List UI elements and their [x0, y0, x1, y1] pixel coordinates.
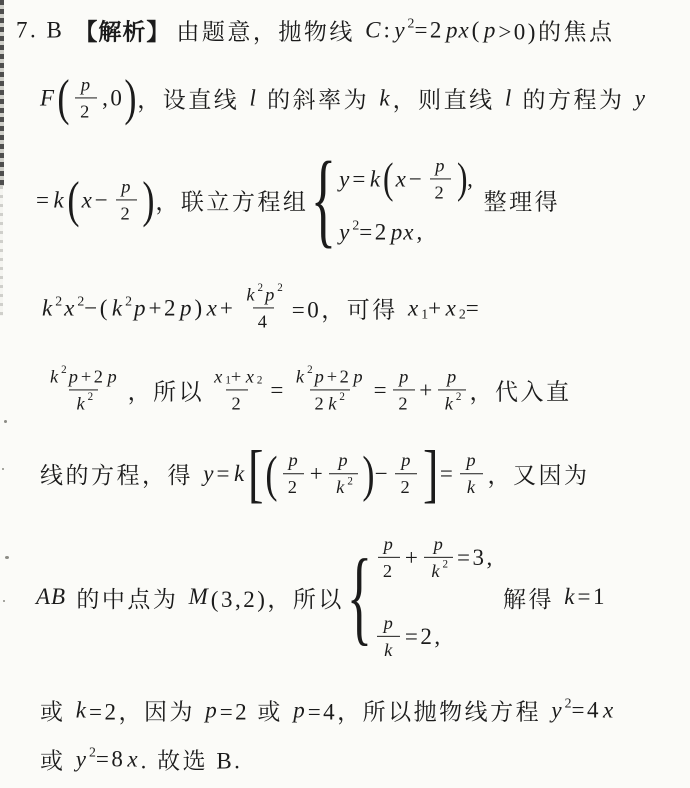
math-variable: k — [465, 476, 478, 498]
math-text: 的方程为 — [514, 82, 633, 115]
math-text: . 故选 B. — [141, 743, 243, 776]
fraction: k2p24 — [239, 283, 287, 332]
big-delimiter: ] — [423, 448, 438, 500]
math-variable: p — [433, 154, 447, 176]
denominator: 2 — [75, 98, 97, 123]
math-variable: y — [337, 166, 352, 192]
math-text: = — [352, 166, 367, 192]
math-text: ，所以 — [128, 374, 205, 407]
math-variable: k — [294, 365, 307, 387]
cases-rows: y=k(x−p2),y2=2px, — [337, 154, 475, 245]
math-variable: x — [205, 295, 220, 321]
math-variable: AB — [34, 584, 68, 610]
math-variable: k — [74, 697, 89, 723]
numerator: p — [331, 449, 355, 473]
numerator: p — [281, 449, 305, 473]
superscript: 2 — [61, 364, 67, 377]
denominator: 2k2 — [310, 390, 350, 415]
big-delimiter: ) — [125, 78, 137, 118]
scan-edge-artifact — [0, 0, 4, 186]
numerator: x1+x2 — [207, 365, 267, 389]
solution-line-5: k2p+2pk2，所以x1+x22=k2p+2p2k2=p2+pk2，代入直 — [40, 365, 571, 414]
numerator: p — [394, 449, 418, 473]
cases-row: y=k(x−p2), — [337, 154, 475, 203]
fraction: p2 — [392, 365, 416, 414]
fraction: p2 — [114, 175, 138, 224]
math-variable: p — [382, 533, 396, 555]
math-text: 2 — [383, 560, 395, 582]
math-text: −( — [84, 295, 110, 321]
big-delimiter: ) — [457, 162, 467, 197]
math-variable: k — [429, 560, 442, 582]
solution-line-9: 或 y2=8x. 故选 B. — [40, 743, 242, 776]
solution-line-4: k2x2−(k2p+2p)x+k2p24=0，可得 x1+x2= — [40, 283, 481, 332]
equation-system: {p2+pk2=3,pk=2, — [350, 533, 495, 661]
math-variable: k — [232, 461, 247, 487]
math-text: >0)的焦点 — [498, 14, 614, 47]
math-variable: k — [48, 365, 61, 387]
solution-line-6: 线的方程，得 y=k[(p2+pk2)−p2]=pk，又因为 — [40, 448, 590, 500]
numerator: p — [459, 449, 483, 473]
math-text: =4，所以抛物线方程 — [308, 694, 550, 727]
math-text: 2 — [288, 476, 300, 498]
math-text: + — [310, 461, 325, 487]
fraction: p2 — [74, 73, 98, 122]
math-variable: p — [397, 365, 411, 387]
cases-row: p2+pk2=3, — [373, 533, 495, 582]
denominator: 2 — [116, 200, 138, 225]
denominator: 2 — [430, 179, 452, 204]
analysis-label: 【解析】 — [74, 14, 170, 47]
scanned-solution-page: 7. B【解析】由题意，抛物线 C:y2=2px(p>0)的焦点 F(p2,0)… — [0, 0, 690, 788]
math-text: , — [467, 166, 475, 192]
math-text: 整理得 — [475, 184, 560, 217]
denominator: 4 — [253, 308, 275, 333]
math-text: 的中点为 — [68, 581, 187, 614]
numerator: k2p+2p — [43, 365, 125, 389]
math-variable: y — [74, 746, 89, 772]
math-text: 2 — [121, 203, 133, 225]
math-variable: p — [432, 533, 446, 555]
math-variable: p — [286, 449, 300, 471]
math-variable: p — [119, 175, 133, 197]
math-text: ，联立方程组 — [155, 184, 308, 217]
math-variable: x — [394, 166, 409, 192]
solution-line-2: F(p2,0)，设直线 l 的斜率为 k，则直线 l 的方程为 y — [38, 73, 648, 122]
math-text: =2，因为 — [89, 694, 203, 727]
superscript: 2 — [55, 293, 62, 309]
solution-line-1: 7. B【解析】由题意，抛物线 C:y2=2px(p>0)的焦点 — [16, 14, 614, 47]
fraction: k2p+2pk2 — [43, 365, 125, 414]
math-text: − — [409, 166, 424, 192]
math-text: 由题意，抛物线 — [176, 14, 363, 47]
solution-line-3: =k(x−p2)，联立方程组{y=k(x−p2),y2=2px, 整理得 — [36, 154, 560, 245]
math-text: = — [466, 295, 481, 321]
denominator: k2 — [329, 473, 358, 498]
scan-edge-artifact-faint — [0, 186, 3, 316]
superscript: 2 — [88, 391, 94, 404]
big-delimiter: ( — [265, 454, 277, 494]
math-text: ( — [472, 17, 482, 43]
superscript: 2 — [408, 15, 415, 31]
math-text: =2 — [414, 17, 443, 43]
math-variable: k — [377, 85, 392, 111]
math-text: 的斜率为 — [259, 82, 378, 115]
fraction: p2 — [377, 533, 401, 582]
superscript: 2 — [352, 218, 359, 234]
math-text: +2 — [327, 365, 352, 387]
math-variable: p — [263, 283, 277, 305]
subscript: 2 — [459, 306, 466, 322]
math-text: = — [374, 377, 389, 403]
math-text: : — [383, 17, 392, 43]
superscript: 2 — [307, 364, 313, 377]
math-variable: C — [363, 17, 383, 43]
math-variable: x — [244, 365, 257, 387]
math-variable: y — [201, 461, 216, 487]
math-text: 解得 — [495, 581, 563, 614]
math-variable: p — [382, 612, 396, 634]
denominator: 2 — [226, 390, 248, 415]
math-text: ，则直线 — [393, 82, 503, 115]
math-variable: k — [382, 639, 395, 661]
equation-system: {y=k(x−p2),y2=2px, — [314, 154, 475, 245]
superscript: 2 — [277, 282, 283, 295]
math-variable: y — [549, 697, 564, 723]
fraction: p2 — [281, 449, 305, 498]
math-text: + — [231, 365, 244, 387]
math-text: =1 — [577, 584, 606, 610]
math-text: ，设直线 — [137, 82, 247, 115]
math-text: = — [440, 461, 455, 487]
math-variable: k — [244, 283, 257, 305]
math-variable: p — [336, 449, 350, 471]
math-text: 或 — [40, 743, 74, 776]
math-text: 2 — [398, 393, 410, 415]
math-text: ) — [195, 295, 205, 321]
math-variable: p — [67, 365, 81, 387]
math-text: + — [419, 377, 434, 403]
fraction: pk2 — [438, 365, 467, 414]
math-text: 2 — [231, 393, 243, 415]
fraction: p2 — [428, 154, 452, 203]
subscript: 1 — [225, 375, 231, 388]
math-text: − — [375, 461, 390, 487]
big-delimiter: ) — [362, 454, 374, 494]
superscript: 2 — [443, 559, 449, 572]
numerator: p — [377, 612, 401, 636]
numerator: p — [427, 533, 451, 557]
scan-speck — [2, 468, 4, 470]
math-text: +2 — [149, 295, 178, 321]
math-variable: x — [212, 365, 225, 387]
math-variable: k — [326, 393, 339, 415]
math-text: 2 — [435, 182, 447, 204]
big-delimiter: ( — [67, 180, 79, 220]
cases-row: pk=2, — [373, 612, 443, 661]
big-delimiter: ( — [57, 78, 69, 118]
math-text: 2 — [400, 476, 412, 498]
big-delimiter: ) — [143, 180, 155, 220]
math-text: + — [428, 295, 443, 321]
fraction: k2p+2p2k2 — [289, 365, 371, 414]
math-variable: k — [40, 295, 55, 321]
math-variable: y — [633, 85, 648, 111]
math-text: , — [416, 220, 424, 246]
numerator: k2p+2p — [289, 365, 371, 389]
math-variable: k — [443, 393, 456, 415]
fraction: x1+x22 — [207, 365, 267, 414]
math-variable: l — [247, 85, 258, 111]
fraction: pk — [377, 612, 401, 661]
math-text: =8 — [96, 746, 125, 772]
math-text: = — [216, 461, 231, 487]
math-variable: x — [601, 697, 616, 723]
scan-speck — [5, 556, 9, 559]
superscript: 2 — [77, 293, 84, 309]
math-variable: x — [80, 187, 95, 213]
math-text: ，代入直 — [469, 374, 571, 407]
math-text: 7. B — [16, 17, 64, 43]
math-variable: p — [482, 17, 499, 43]
solution-line-8: 或 k=2，因为 p=2 或 p=4，所以抛物线方程 y2=4x — [40, 694, 616, 727]
math-variable: p — [291, 697, 308, 723]
math-variable: p — [79, 73, 93, 95]
math-text: 或 — [40, 694, 74, 727]
denominator: k — [460, 473, 483, 498]
math-variable: x — [406, 295, 421, 321]
numerator: p — [392, 365, 416, 389]
math-text: =2 — [359, 220, 388, 246]
math-text: 4 — [258, 311, 270, 333]
math-text: (3,2)，所以 — [211, 581, 344, 614]
fraction: pk2 — [329, 449, 358, 498]
numerator: k2p2 — [239, 283, 287, 307]
cases-rows: p2+pk2=3,pk=2, — [373, 533, 495, 661]
math-text: ，又因为 — [488, 457, 590, 490]
math-variable: y — [392, 17, 407, 43]
math-variable: p — [399, 449, 413, 471]
math-text: ,0 — [102, 85, 124, 111]
math-text: =2, — [405, 624, 443, 650]
numerator: p — [428, 154, 452, 178]
math-variable: p — [105, 365, 119, 387]
scan-speck — [4, 420, 7, 423]
math-variable: k — [368, 166, 383, 192]
cases-brace: { — [347, 555, 372, 640]
math-variable: k — [110, 295, 125, 321]
fraction: pk2 — [424, 533, 453, 582]
math-text: + — [220, 295, 235, 321]
denominator: k2 — [69, 390, 98, 415]
superscript: 2 — [347, 475, 353, 488]
math-variable: k — [74, 393, 87, 415]
big-delimiter: [ — [248, 448, 263, 500]
math-variable: p — [351, 365, 365, 387]
math-variable: px — [389, 220, 417, 246]
math-variable: p — [203, 697, 220, 723]
math-text: 线的方程，得 — [40, 457, 201, 490]
math-variable: x — [125, 746, 140, 772]
denominator: 2 — [378, 557, 400, 582]
math-text: 2 — [315, 393, 327, 415]
math-variable: k — [334, 476, 347, 498]
solution-line-7: AB 的中点为 M(3,2)，所以{p2+pk2=3,pk=2, 解得 k=1 — [34, 533, 607, 661]
math-variable: l — [503, 85, 514, 111]
math-text: =0，可得 — [292, 292, 406, 325]
cases-brace: { — [311, 158, 336, 243]
math-text: =4 — [572, 697, 601, 723]
math-text: 2 — [80, 101, 92, 123]
numerator: p — [74, 73, 98, 97]
math-text: = — [36, 187, 51, 213]
denominator: k2 — [424, 557, 453, 582]
math-variable: x — [62, 295, 77, 321]
math-variable: y — [337, 220, 352, 246]
subscript: 2 — [257, 375, 263, 388]
subscript: 1 — [421, 306, 428, 322]
cases-row: y2=2px, — [337, 220, 425, 246]
math-variable: x — [444, 295, 459, 321]
math-variable: p — [313, 365, 327, 387]
scan-speck — [3, 600, 5, 602]
fraction: p2 — [394, 449, 418, 498]
superscript: 2 — [565, 695, 572, 711]
math-variable: p — [445, 365, 459, 387]
math-variable: k — [51, 187, 66, 213]
math-variable: p — [464, 449, 478, 471]
numerator: p — [377, 533, 401, 557]
math-text: + — [405, 544, 420, 570]
math-text: =2 或 — [220, 694, 291, 727]
math-variable: p — [132, 295, 149, 321]
numerator: p — [114, 175, 138, 199]
math-variable: M — [187, 584, 211, 610]
numerator: p — [440, 365, 464, 389]
superscript: 2 — [339, 391, 345, 404]
superscript: 2 — [89, 744, 96, 760]
math-variable: p — [178, 295, 195, 321]
math-text: +2 — [81, 365, 106, 387]
math-variable: k — [562, 584, 577, 610]
math-variable: px — [444, 17, 472, 43]
denominator: k — [377, 636, 400, 661]
math-text: = — [270, 377, 285, 403]
denominator: k2 — [438, 390, 467, 415]
superscript: 2 — [258, 282, 264, 295]
denominator: 2 — [395, 473, 417, 498]
math-text: − — [95, 187, 110, 213]
denominator: 2 — [393, 390, 415, 415]
math-variable: F — [38, 85, 57, 111]
superscript: 2 — [125, 293, 132, 309]
superscript: 2 — [456, 391, 462, 404]
denominator: 2 — [283, 473, 305, 498]
big-delimiter: ( — [383, 162, 393, 197]
math-text: =3, — [457, 544, 495, 570]
fraction: pk — [459, 449, 483, 498]
